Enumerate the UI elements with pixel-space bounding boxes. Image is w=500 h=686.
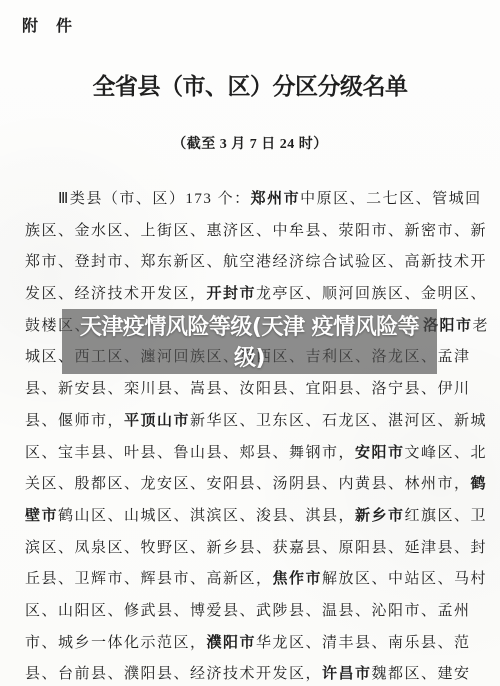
- attachment-label: 附 件: [22, 13, 73, 36]
- body-line: 族区、金水区、上街区、惠济区、中牟县、荥阳市、新密市、新: [25, 216, 489, 248]
- body-text: 华龙区、清丰县、南乐县、范: [256, 635, 471, 651]
- city-name: 开封市: [207, 286, 257, 302]
- body-text: 区、山阳区、修武县、博爱县、武陟县、温县、沁阳市、孟州: [25, 603, 471, 619]
- body-text: 鹤山区、山城区、淇滨区、浚县、淇县，: [58, 508, 355, 524]
- body-text: 丘县、卫辉市、辉县市、高新区，: [25, 571, 273, 587]
- body-line: 滨区、凤泉区、牧野区、新乡县、获嘉县、原阳县、延津县、封: [25, 533, 489, 565]
- body-line: Ⅲ类县（市、区）173 个：郑州市中原区、二七区、管城回: [25, 184, 489, 216]
- body-text: 郑市、登封市、郑东新区、航空港经济综合试验区、高新技术开: [25, 254, 487, 270]
- body-text: 红旗区、卫: [405, 508, 488, 524]
- body-text: 魏都区、建安: [372, 666, 471, 682]
- body-text: 县、新安县、栾川县、嵩县、汝阳县、宜阳县、洛宁县、伊川: [25, 381, 471, 397]
- body-text: 龙亭区、顺河回族区、金明区、: [256, 286, 487, 302]
- body-text: 族区、金水区、上街区、惠济区、中牟县、荥阳市、新密市、新: [25, 223, 487, 239]
- watermark-overlay: 天津疫情风险等级(天津 疫情风险等 级): [62, 309, 437, 374]
- city-name: 安阳市: [355, 445, 405, 461]
- city-name: 濮阳市: [207, 635, 257, 651]
- city-name: 郑州市: [251, 191, 301, 207]
- body-line: 县、台前县、濮阳县、经济技术开发区，许昌市魏都区、建安: [25, 659, 489, 686]
- body-line: 区、山阳区、修武县、博爱县、武陟县、温县、沁阳市、孟州: [25, 596, 489, 628]
- body-line: 市、城乡一体化示范区，濮阳市华龙区、清丰县、南乐县、范: [25, 628, 489, 660]
- body-line: 区、宝丰县、叶县、鲁山县、郏县、舞钢市，安阳市文峰区、北: [25, 438, 489, 470]
- body-line: 郑市、登封市、郑东新区、航空港经济综合试验区、高新技术开: [25, 247, 489, 279]
- watermark-line-2: 级): [62, 343, 437, 374]
- body-line: 县、偃师市，平顶山市新华区、卫东区、石龙区、湛河区、新城: [25, 406, 489, 438]
- body-text: 市、城乡一体化示范区，: [25, 635, 207, 651]
- document-body: Ⅲ类县（市、区）173 个：郑州市中原区、二七区、管城回族区、金水区、上街区、惠…: [25, 184, 489, 686]
- city-name: 平顶山市: [124, 413, 190, 429]
- body-line: 发区、经济技术开发区，开封市龙亭区、顺河回族区、金明区、: [25, 279, 489, 311]
- city-name: 许昌市: [322, 666, 372, 682]
- body-text: 文峰区、北: [405, 445, 488, 461]
- body-line: 丘县、卫辉市、辉县市、高新区，焦作市解放区、中站区、马村: [25, 564, 489, 596]
- body-text: 区、宝丰县、叶县、鲁山县、郏县、舞钢市，: [25, 445, 355, 461]
- city-name: 鹤: [471, 476, 488, 492]
- body-text: 县、台前县、濮阳县、经济技术开发区，: [25, 666, 322, 682]
- page-title: 全省县（市、区）分区分级名单: [0, 68, 500, 101]
- body-line: 关区、殷都区、龙安区、安阳县、汤阴县、内黄县、林州市，鹤: [25, 469, 489, 501]
- city-name: 焦作市: [273, 571, 323, 587]
- body-text: Ⅲ类县（市、区）173 个：: [58, 191, 251, 207]
- city-name: 壁市: [25, 508, 58, 524]
- body-line: 县、新安县、栾川县、嵩县、汝阳县、宜阳县、洛宁县、伊川: [25, 374, 489, 406]
- watermark-line-1: 天津疫情风险等级(天津 疫情风险等: [62, 312, 437, 343]
- document-page: 附 件 全省县（市、区）分区分级名单 （截至 3 月 7 日 24 时） Ⅲ类县…: [0, 0, 500, 686]
- page-subtitle: （截至 3 月 7 日 24 时）: [0, 133, 500, 153]
- body-line: 壁市鹤山区、山城区、淇滨区、浚县、淇县，新乡市红旗区、卫: [25, 501, 489, 533]
- body-text: 发区、经济技术开发区，: [25, 286, 207, 302]
- body-text: 解放区、中站区、马村: [322, 571, 487, 587]
- body-text: 老: [472, 311, 489, 343]
- body-text: 新华区、卫东区、石龙区、湛河区、新城: [190, 413, 487, 429]
- body-text: 中原区、二七区、管城回: [300, 191, 482, 207]
- body-text: 关区、殷都区、龙安区、安阳县、汤阴县、内黄县、林州市，: [25, 476, 471, 492]
- body-text: 县、偃师市，: [25, 413, 124, 429]
- city-name: 新乡市: [355, 508, 405, 524]
- body-text: 滨区、凤泉区、牧野区、新乡县、获嘉县、原阳县、延津县、封: [25, 540, 487, 556]
